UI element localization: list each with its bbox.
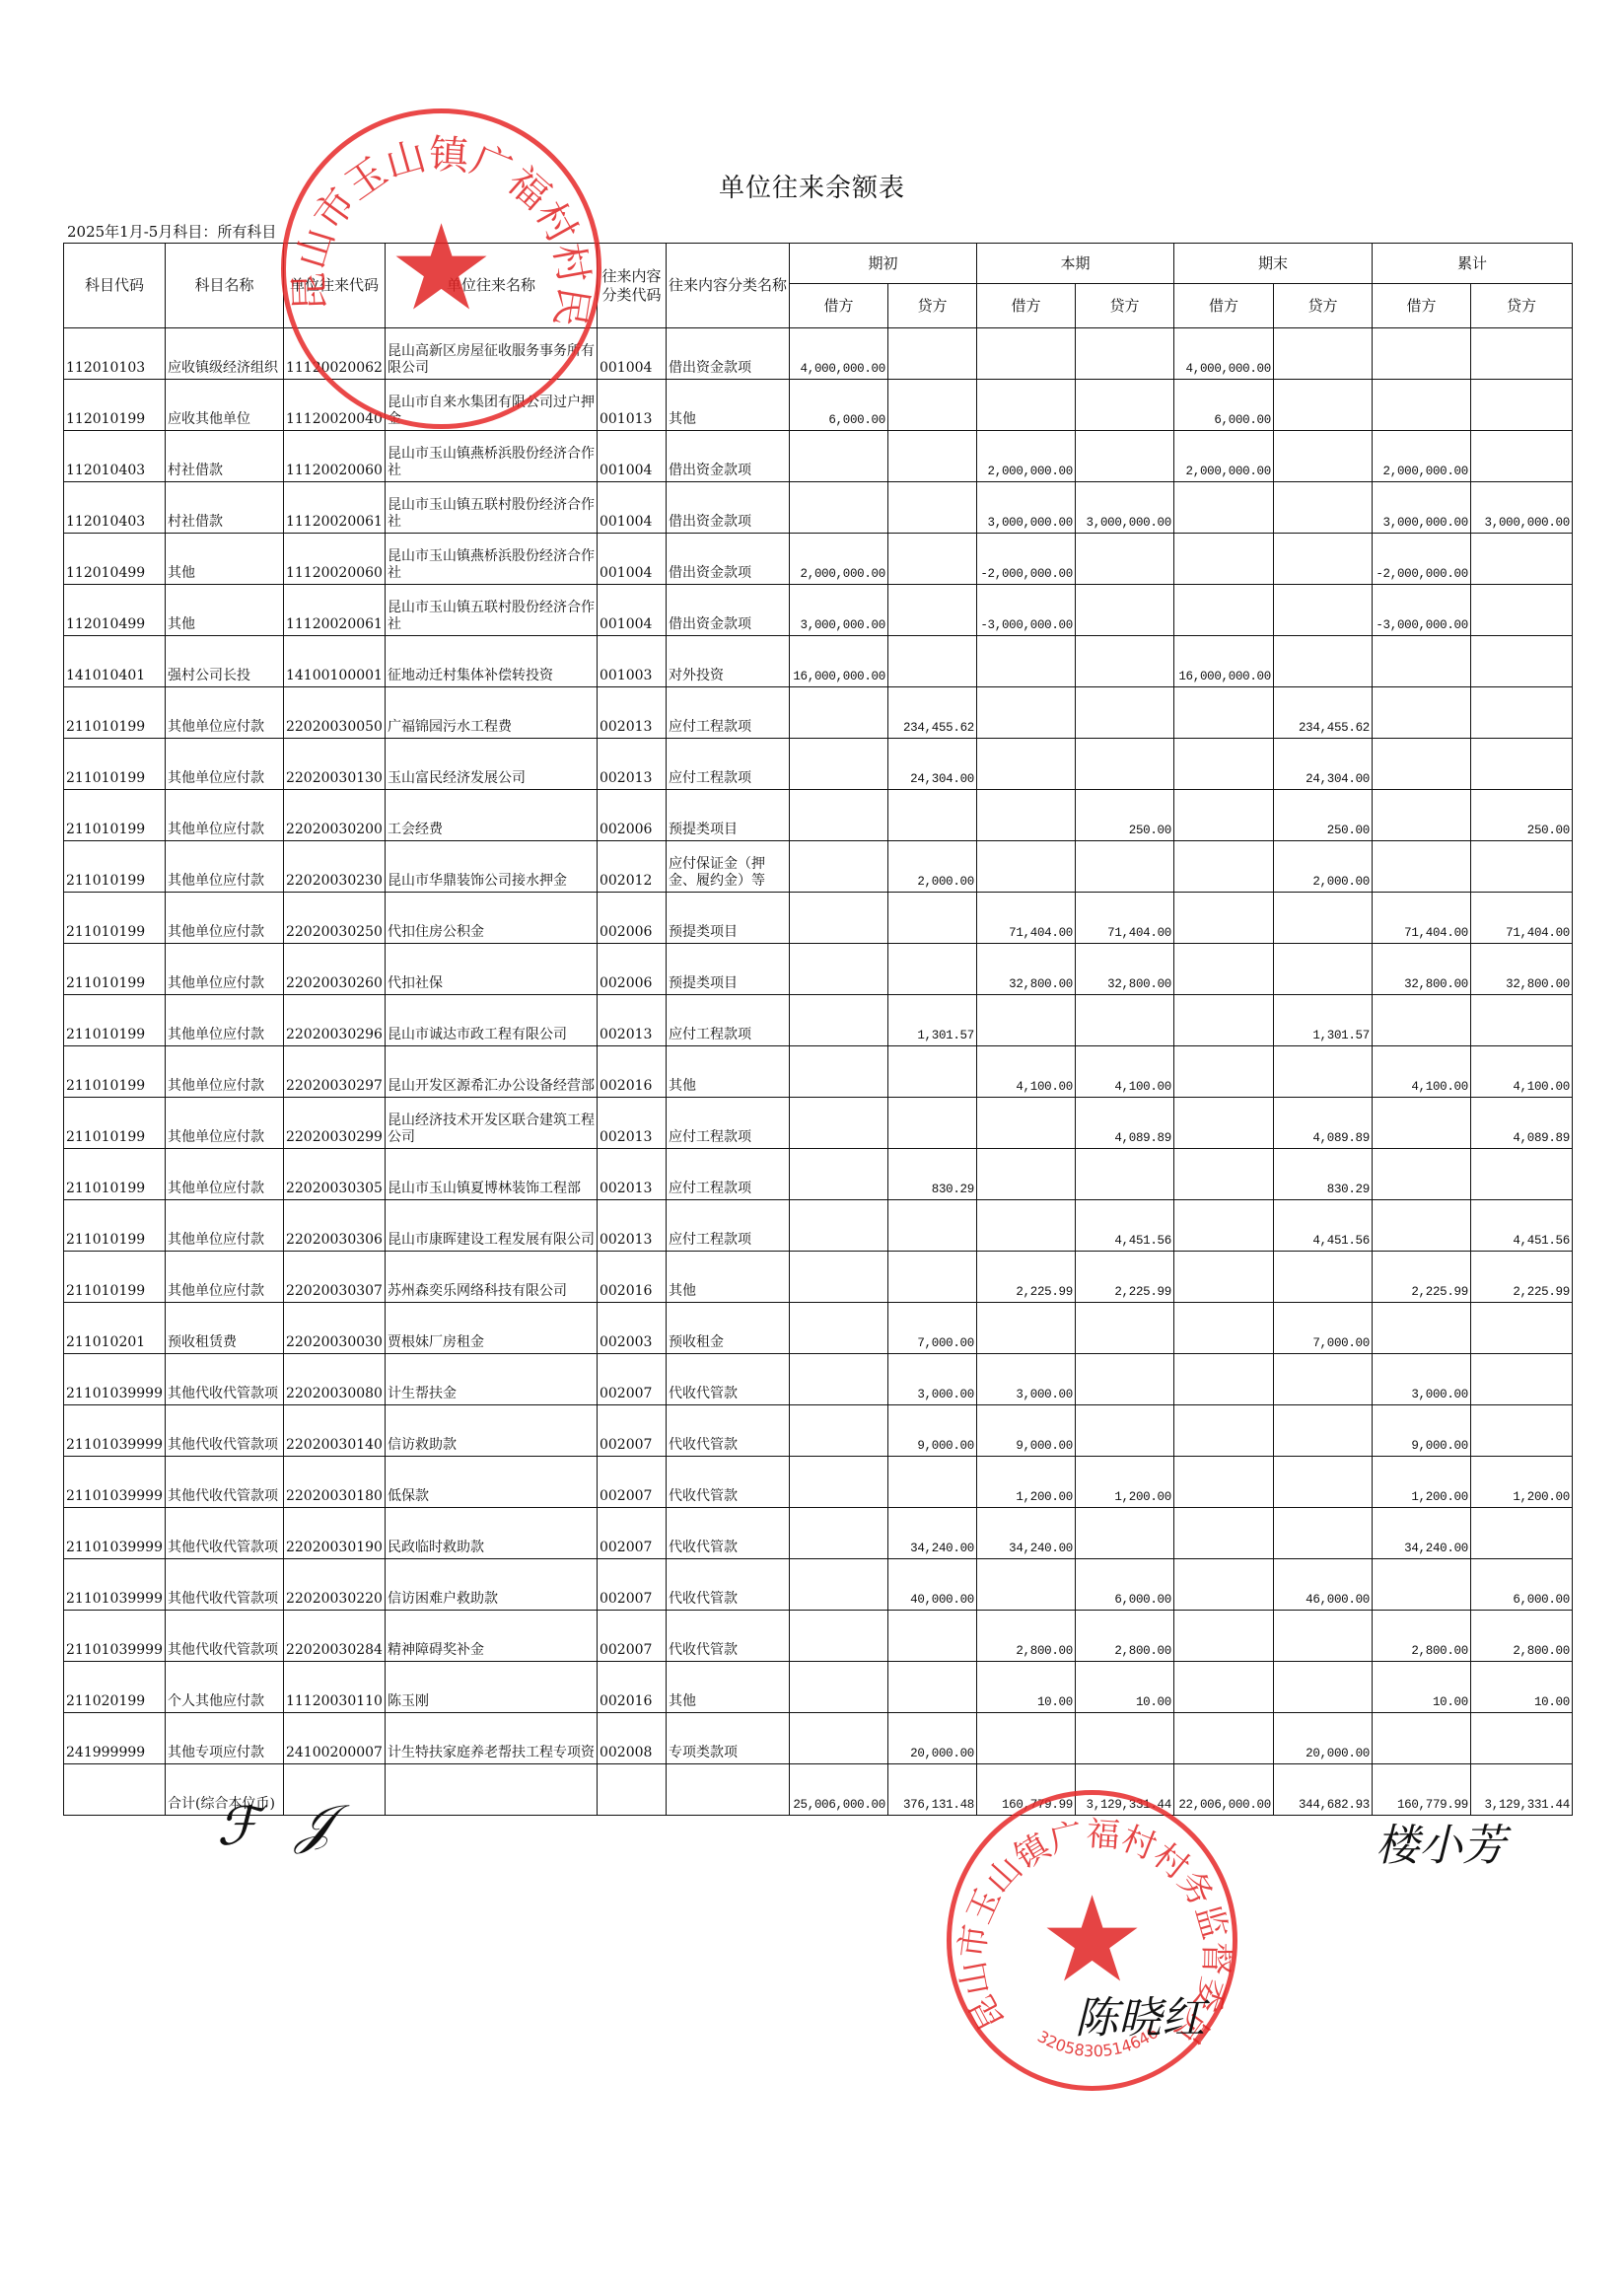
cell-category-code: 002006 [597, 893, 666, 944]
table-row: 21101039999其他代收代管款项22020030284精神障碍奖补金002… [64, 1611, 1573, 1662]
cell-open-debit [789, 1713, 887, 1764]
total-cum-credit: 3,129,331.44 [1470, 1764, 1572, 1816]
empty-cell [597, 1764, 666, 1816]
cell-cur-credit [1075, 1713, 1173, 1764]
cell-subject-code: 21101039999 [64, 1405, 166, 1457]
cell-category-name: 其他 [666, 1046, 789, 1098]
cell-open-debit [789, 1046, 887, 1098]
cell-open-credit [887, 944, 976, 995]
cell-unit-code: 22020030200 [283, 790, 385, 841]
cell-unit-code: 22020030299 [283, 1098, 385, 1149]
cell-unit-code: 11120020060 [283, 534, 385, 585]
cell-cum-credit [1470, 995, 1572, 1046]
cell-cum-debit: 3,000.00 [1372, 1354, 1470, 1405]
cell-cum-debit: 71,404.00 [1372, 893, 1470, 944]
cell-cur-credit [1075, 585, 1173, 636]
cell-open-credit [887, 1046, 976, 1098]
cell-cum-credit: 4,100.00 [1470, 1046, 1572, 1098]
cell-unit-name: 代扣住房公积金 [385, 893, 597, 944]
cell-open-credit: 24,304.00 [887, 739, 976, 790]
cell-end-debit [1173, 1303, 1273, 1354]
village-committee-stamp: 昆山市玉山镇广福村村民委员会 ★ [281, 108, 601, 429]
cell-subject-code: 112010199 [64, 380, 166, 431]
table-row: 112010499其他11120020060昆山市玉山镇燕桥浜股份经济合作社00… [64, 534, 1573, 585]
cell-category-name: 预提类项目 [666, 944, 789, 995]
cell-subject-name: 村社借款 [165, 431, 283, 482]
cell-open-debit [789, 1149, 887, 1200]
cell-category-code: 002013 [597, 1200, 666, 1252]
cell-end-credit [1273, 482, 1372, 534]
cell-open-debit [789, 1508, 887, 1559]
cell-end-debit [1173, 1457, 1273, 1508]
table-row: 211010199其他单位应付款22020030305昆山市玉山镇夏博林装饰工程… [64, 1149, 1573, 1200]
cell-end-debit [1173, 944, 1273, 995]
cell-cum-debit [1372, 1098, 1470, 1149]
cell-cum-credit: 2,225.99 [1470, 1252, 1572, 1303]
cell-open-debit [789, 841, 887, 893]
cell-open-debit [789, 739, 887, 790]
signature-auditor: 陈晓红 [1075, 1982, 1205, 2045]
cell-category-name: 对外投资 [666, 636, 789, 687]
cell-end-debit [1173, 790, 1273, 841]
cell-subject-name: 其他单位应付款 [165, 1200, 283, 1252]
cell-end-credit: 7,000.00 [1273, 1303, 1372, 1354]
cell-unit-code: 22020030307 [283, 1252, 385, 1303]
cell-unit-name: 贾根妹厂房租金 [385, 1303, 597, 1354]
cell-category-name: 预提类项目 [666, 893, 789, 944]
cell-open-debit: 3,000,000.00 [789, 585, 887, 636]
cell-cur-credit: 10.00 [1075, 1662, 1173, 1713]
cell-category-name: 预收租金 [666, 1303, 789, 1354]
cell-end-credit [1273, 636, 1372, 687]
cell-cur-debit [976, 1098, 1075, 1149]
cell-cur-debit [976, 1559, 1075, 1611]
cell-category-name: 专项类款项 [666, 1713, 789, 1764]
table-row: 211010199其他单位应付款22020030130玉山富民经济发展公司002… [64, 739, 1573, 790]
cell-open-debit [789, 482, 887, 534]
cell-category-name: 借出资金款项 [666, 534, 789, 585]
cell-cum-credit [1470, 1303, 1572, 1354]
table-row: 21101039999其他代收代管款项22020030140信访救助款00200… [64, 1405, 1573, 1457]
cell-category-name: 其他 [666, 1662, 789, 1713]
report-title: 单位往来余额表 [0, 168, 1624, 204]
balance-table: 科目代码 科目名称 单位往来代码 单位往来名称 往来内容分类代码 往来内容分类名… [63, 243, 1573, 1816]
cell-cum-debit [1372, 841, 1470, 893]
cell-cur-credit [1075, 1149, 1173, 1200]
cell-category-name: 借出资金款项 [666, 585, 789, 636]
cell-end-credit: 1,301.57 [1273, 995, 1372, 1046]
cell-end-debit [1173, 1713, 1273, 1764]
cell-category-code: 002013 [597, 1149, 666, 1200]
cell-cur-credit: 71,404.00 [1075, 893, 1173, 944]
cell-open-credit [887, 790, 976, 841]
cell-cum-credit: 6,000.00 [1470, 1559, 1572, 1611]
cell-unit-name: 玉山富民经济发展公司 [385, 739, 597, 790]
cell-subject-name: 其他单位应付款 [165, 1252, 283, 1303]
header-debit: 借方 [1173, 284, 1273, 328]
cell-cum-debit: 3,000,000.00 [1372, 482, 1470, 534]
cell-end-debit [1173, 1098, 1273, 1149]
cell-cur-credit: 2,225.99 [1075, 1252, 1173, 1303]
cell-subject-code: 211010199 [64, 1149, 166, 1200]
cell-category-name: 借出资金款项 [666, 482, 789, 534]
header-credit: 贷方 [1470, 284, 1572, 328]
cell-unit-code: 22020030220 [283, 1559, 385, 1611]
cell-category-code: 001004 [597, 534, 666, 585]
cell-unit-code: 22020030050 [283, 687, 385, 739]
cell-cum-debit: 1,200.00 [1372, 1457, 1470, 1508]
cell-unit-code: 11120030110 [283, 1662, 385, 1713]
cell-unit-name: 昆山市诚达市政工程有限公司 [385, 995, 597, 1046]
table-row: 211010199其他单位应付款22020030260代扣社保002006预提类… [64, 944, 1573, 995]
cell-subject-code: 211010199 [64, 1200, 166, 1252]
cell-subject-name: 其他 [165, 585, 283, 636]
cell-cum-debit: 9,000.00 [1372, 1405, 1470, 1457]
cell-open-credit: 40,000.00 [887, 1559, 976, 1611]
cell-subject-name: 其他专项应付款 [165, 1713, 283, 1764]
header-group-cumulative: 累计 [1372, 244, 1572, 284]
cell-end-debit: 6,000.00 [1173, 380, 1273, 431]
table-row: 21101039999其他代收代管款项22020030190民政临时救助款002… [64, 1508, 1573, 1559]
cell-subject-name: 预收租赁费 [165, 1303, 283, 1354]
table-row: 241999999其他专项应付款24100200007计生特扶家庭养老帮扶工程专… [64, 1713, 1573, 1764]
cell-subject-code: 211010199 [64, 995, 166, 1046]
cell-category-code: 002007 [597, 1405, 666, 1457]
cell-cum-credit [1470, 687, 1572, 739]
cell-cum-credit [1470, 1405, 1572, 1457]
cell-open-credit [887, 482, 976, 534]
cell-unit-name: 计生帮扶金 [385, 1354, 597, 1405]
header-category-code: 往来内容分类代码 [597, 244, 666, 328]
cell-open-credit: 2,000.00 [887, 841, 976, 893]
cell-end-credit: 4,089.89 [1273, 1098, 1372, 1149]
cell-cur-debit [976, 1149, 1075, 1200]
cell-open-debit [789, 1457, 887, 1508]
cell-category-code: 001004 [597, 585, 666, 636]
cell-cur-debit [976, 636, 1075, 687]
cell-subject-name: 其他单位应付款 [165, 687, 283, 739]
cell-end-credit [1273, 1457, 1372, 1508]
star-icon: ★ [388, 210, 495, 328]
cell-end-debit [1173, 1149, 1273, 1200]
cell-unit-code: 22020030140 [283, 1405, 385, 1457]
cell-category-name: 应付工程款项 [666, 1149, 789, 1200]
cell-subject-name: 其他代收代管款项 [165, 1354, 283, 1405]
cell-subject-code: 211020199 [64, 1662, 166, 1713]
cell-end-credit [1273, 1046, 1372, 1098]
cell-category-code: 002006 [597, 790, 666, 841]
cell-unit-name: 昆山经济技术开发区联合建筑工程公司 [385, 1098, 597, 1149]
cell-subject-name: 应收其他单位 [165, 380, 283, 431]
table-row: 141010401强村公司长投14100100001征地动迁村集体补偿转投资00… [64, 636, 1573, 687]
table-row: 112010403村社借款11120020060昆山市玉山镇燕桥浜股份经济合作社… [64, 431, 1573, 482]
cell-cur-credit [1075, 1354, 1173, 1405]
cell-cum-debit: 34,240.00 [1372, 1508, 1470, 1559]
cell-cum-credit: 4,089.89 [1470, 1098, 1572, 1149]
cell-end-debit [1173, 1252, 1273, 1303]
cell-end-debit [1173, 1354, 1273, 1405]
cell-end-credit [1273, 893, 1372, 944]
header-debit: 借方 [976, 284, 1075, 328]
signature-1: ℱ [217, 1795, 258, 1857]
cell-cur-debit [976, 380, 1075, 431]
cell-unit-code: 22020030284 [283, 1611, 385, 1662]
cell-unit-name: 精神障碍奖补金 [385, 1611, 597, 1662]
cell-category-code: 002007 [597, 1508, 666, 1559]
cell-cum-credit: 1,200.00 [1470, 1457, 1572, 1508]
cell-cur-debit: 3,000.00 [976, 1354, 1075, 1405]
cell-cum-debit [1372, 1149, 1470, 1200]
cell-end-debit: 4,000,000.00 [1173, 328, 1273, 380]
cell-unit-code: 22020030230 [283, 841, 385, 893]
cell-category-name: 代收代管款 [666, 1405, 789, 1457]
cell-cur-credit: 3,000,000.00 [1075, 482, 1173, 534]
cell-end-debit [1173, 1662, 1273, 1713]
cell-cur-credit [1075, 995, 1173, 1046]
cell-open-credit: 1,301.57 [887, 995, 976, 1046]
cell-cur-credit [1075, 534, 1173, 585]
cell-unit-code: 24100200007 [283, 1713, 385, 1764]
cell-open-debit [789, 1354, 887, 1405]
cell-open-credit: 7,000.00 [887, 1303, 976, 1354]
cell-end-debit [1173, 1046, 1273, 1098]
cell-unit-name: 昆山市康晖建设工程发展有限公司 [385, 1200, 597, 1252]
cell-cum-debit: 2,225.99 [1372, 1252, 1470, 1303]
cell-cum-debit [1372, 687, 1470, 739]
cell-category-name: 代收代管款 [666, 1559, 789, 1611]
cell-unit-name: 征地动迁村集体补偿转投资 [385, 636, 597, 687]
cell-cur-credit [1075, 431, 1173, 482]
cell-subject-name: 其他 [165, 534, 283, 585]
table-row: 211010199其他单位应付款22020030050广福锦园污水工程费0020… [64, 687, 1573, 739]
header-subject-code: 科目代码 [64, 244, 166, 328]
table-row: 211010199其他单位应付款22020030200工会经费002006预提类… [64, 790, 1573, 841]
cell-category-name: 代收代管款 [666, 1611, 789, 1662]
table-row: 112010499其他11120020061昆山市玉山镇五联村股份经济合作社00… [64, 585, 1573, 636]
cell-open-debit [789, 1662, 887, 1713]
cell-open-credit [887, 1611, 976, 1662]
cell-open-credit [887, 585, 976, 636]
cell-unit-name: 苏州森奕乐网络科技有限公司 [385, 1252, 597, 1303]
cell-open-credit [887, 328, 976, 380]
cell-subject-name: 其他代收代管款项 [165, 1457, 283, 1508]
cell-category-code: 002007 [597, 1611, 666, 1662]
cell-cur-debit [976, 1303, 1075, 1354]
cell-cum-debit [1372, 790, 1470, 841]
cell-cum-debit [1372, 1200, 1470, 1252]
cell-cur-credit [1075, 841, 1173, 893]
cell-cum-debit [1372, 1559, 1470, 1611]
table-row: 211010201预收租赁费22020030030贾根妹厂房租金002003预收… [64, 1303, 1573, 1354]
cell-category-name: 其他 [666, 1252, 789, 1303]
cell-open-debit [789, 431, 887, 482]
cell-open-credit [887, 1200, 976, 1252]
cell-cum-debit [1372, 328, 1470, 380]
cell-end-debit [1173, 482, 1273, 534]
cell-open-debit [789, 790, 887, 841]
cell-cur-debit [976, 1713, 1075, 1764]
cell-category-code: 001004 [597, 482, 666, 534]
cell-category-name: 应付工程款项 [666, 1098, 789, 1149]
header-credit: 贷方 [887, 284, 976, 328]
cell-unit-name: 民政临时救助款 [385, 1508, 597, 1559]
cell-end-credit [1273, 431, 1372, 482]
cell-subject-code: 112010103 [64, 328, 166, 380]
cell-cum-debit [1372, 1303, 1470, 1354]
cell-cur-debit: 2,800.00 [976, 1611, 1075, 1662]
cell-unit-name: 昆山市玉山镇燕桥浜股份经济合作社 [385, 431, 597, 482]
cell-cur-debit [976, 687, 1075, 739]
cell-category-name: 代收代管款 [666, 1508, 789, 1559]
cell-cur-credit [1075, 1303, 1173, 1354]
cell-cur-debit [976, 1200, 1075, 1252]
cell-open-debit: 6,000.00 [789, 380, 887, 431]
cell-subject-code: 211010199 [64, 944, 166, 995]
cell-unit-code: 11120020061 [283, 585, 385, 636]
cell-cum-credit: 3,000,000.00 [1470, 482, 1572, 534]
cell-end-credit [1273, 328, 1372, 380]
cell-cur-credit [1075, 1405, 1173, 1457]
cell-cur-debit: 2,000,000.00 [976, 431, 1075, 482]
cell-subject-name: 个人其他应付款 [165, 1662, 283, 1713]
cell-cum-credit [1470, 534, 1572, 585]
cell-unit-name: 昆山市玉山镇燕桥浜股份经济合作社 [385, 534, 597, 585]
cell-subject-code: 21101039999 [64, 1611, 166, 1662]
cell-end-credit [1273, 944, 1372, 995]
cell-cum-debit: 10.00 [1372, 1662, 1470, 1713]
cell-subject-code: 211010199 [64, 841, 166, 893]
cell-end-debit [1173, 893, 1273, 944]
cell-open-credit [887, 534, 976, 585]
cell-open-credit [887, 1252, 976, 1303]
cell-subject-name: 其他代收代管款项 [165, 1559, 283, 1611]
cell-subject-code: 141010401 [64, 636, 166, 687]
cell-subject-name: 其他代收代管款项 [165, 1508, 283, 1559]
cell-subject-name: 其他单位应付款 [165, 841, 283, 893]
cell-unit-name: 广福锦园污水工程费 [385, 687, 597, 739]
cell-subject-code: 21101039999 [64, 1559, 166, 1611]
cell-open-credit [887, 1098, 976, 1149]
cell-cum-credit [1470, 636, 1572, 687]
table-row: 21101039999其他代收代管款项22020030080计生帮扶金00200… [64, 1354, 1573, 1405]
cell-open-debit [789, 687, 887, 739]
cell-subject-code: 241999999 [64, 1713, 166, 1764]
cell-subject-code: 211010199 [64, 893, 166, 944]
cell-end-debit [1173, 1405, 1273, 1457]
cell-category-name: 应付工程款项 [666, 687, 789, 739]
cell-cur-debit [976, 995, 1075, 1046]
cell-cur-credit [1075, 380, 1173, 431]
table-row: 211010199其他单位应付款22020030307苏州森奕乐网络科技有限公司… [64, 1252, 1573, 1303]
cell-open-debit [789, 1611, 887, 1662]
cell-category-code: 002007 [597, 1457, 666, 1508]
cell-cur-debit: 3,000,000.00 [976, 482, 1075, 534]
cell-subject-code: 112010403 [64, 431, 166, 482]
table-row: 211010199其他单位应付款22020030306昆山市康晖建设工程发展有限… [64, 1200, 1573, 1252]
cell-subject-name: 其他单位应付款 [165, 893, 283, 944]
table-row: 21101039999其他代收代管款项22020030180低保款002007代… [64, 1457, 1573, 1508]
cell-cur-credit: 2,800.00 [1075, 1611, 1173, 1662]
cell-cur-debit: 9,000.00 [976, 1405, 1075, 1457]
cell-open-debit: 2,000,000.00 [789, 534, 887, 585]
total-row: 合计(综合本位币) 25,006,000.00 376,131.48 160,7… [64, 1764, 1573, 1816]
cell-subject-name: 村社借款 [165, 482, 283, 534]
cell-category-code: 001004 [597, 431, 666, 482]
table-row: 211010199其他单位应付款22020030297昆山开发区源希汇办公设备经… [64, 1046, 1573, 1098]
cell-subject-code: 112010499 [64, 534, 166, 585]
cell-subject-name: 其他单位应付款 [165, 790, 283, 841]
cell-cum-credit [1470, 585, 1572, 636]
cell-unit-name: 昆山市玉山镇五联村股份经济合作社 [385, 585, 597, 636]
cell-cur-debit [976, 790, 1075, 841]
cell-cum-debit [1372, 739, 1470, 790]
cell-open-credit [887, 380, 976, 431]
cell-cum-credit [1470, 1149, 1572, 1200]
cell-cum-credit: 4,451.56 [1470, 1200, 1572, 1252]
cell-category-code: 002012 [597, 841, 666, 893]
cell-end-credit [1273, 1611, 1372, 1662]
total-open-debit: 25,006,000.00 [789, 1764, 887, 1816]
cell-end-credit: 24,304.00 [1273, 739, 1372, 790]
header-debit: 借方 [1372, 284, 1470, 328]
cell-subject-code: 211010199 [64, 1098, 166, 1149]
cell-cur-credit: 6,000.00 [1075, 1559, 1173, 1611]
header-group-ending: 期末 [1173, 244, 1372, 284]
cell-subject-name: 其他代收代管款项 [165, 1405, 283, 1457]
cell-open-credit [887, 636, 976, 687]
cell-category-name: 应付工程款项 [666, 995, 789, 1046]
cell-cur-debit: -2,000,000.00 [976, 534, 1075, 585]
cell-subject-code: 211010199 [64, 739, 166, 790]
cell-cur-debit: 71,404.00 [976, 893, 1075, 944]
cell-cur-credit [1075, 687, 1173, 739]
cell-cur-debit: 10.00 [976, 1662, 1075, 1713]
cell-cur-credit: 1,200.00 [1075, 1457, 1173, 1508]
cell-category-code: 002016 [597, 1046, 666, 1098]
cell-category-code: 001004 [597, 328, 666, 380]
cell-subject-name: 强村公司长投 [165, 636, 283, 687]
cell-open-debit [789, 1200, 887, 1252]
cell-cum-credit [1470, 431, 1572, 482]
cell-unit-code: 22020030030 [283, 1303, 385, 1354]
cell-cum-credit [1470, 1354, 1572, 1405]
cell-unit-name: 信访救助款 [385, 1405, 597, 1457]
cell-cum-debit [1372, 380, 1470, 431]
cell-open-credit [887, 893, 976, 944]
cell-open-credit: 9,000.00 [887, 1405, 976, 1457]
cell-unit-code: 22020030080 [283, 1354, 385, 1405]
cell-end-debit [1173, 1611, 1273, 1662]
cell-cum-debit: 2,800.00 [1372, 1611, 1470, 1662]
cell-cum-credit: 250.00 [1470, 790, 1572, 841]
header-category-name: 往来内容分类名称 [666, 244, 789, 328]
cell-cur-credit: 4,100.00 [1075, 1046, 1173, 1098]
cell-cum-credit [1470, 1713, 1572, 1764]
cell-unit-code: 22020030306 [283, 1200, 385, 1252]
supervision-committee-stamp: 昆山市玉山镇广福村村务监督委员会 3205830514646 ★ [947, 1790, 1237, 2091]
cell-open-debit [789, 1252, 887, 1303]
cell-unit-code: 14100100001 [283, 636, 385, 687]
cell-open-credit [887, 431, 976, 482]
cell-open-debit [789, 995, 887, 1046]
cell-open-credit [887, 1457, 976, 1508]
cell-end-debit [1173, 841, 1273, 893]
cell-unit-name: 工会经费 [385, 790, 597, 841]
cell-end-debit: 16,000,000.00 [1173, 636, 1273, 687]
header-debit: 借方 [789, 284, 887, 328]
cell-open-debit [789, 1098, 887, 1149]
cell-end-credit: 2,000.00 [1273, 841, 1372, 893]
